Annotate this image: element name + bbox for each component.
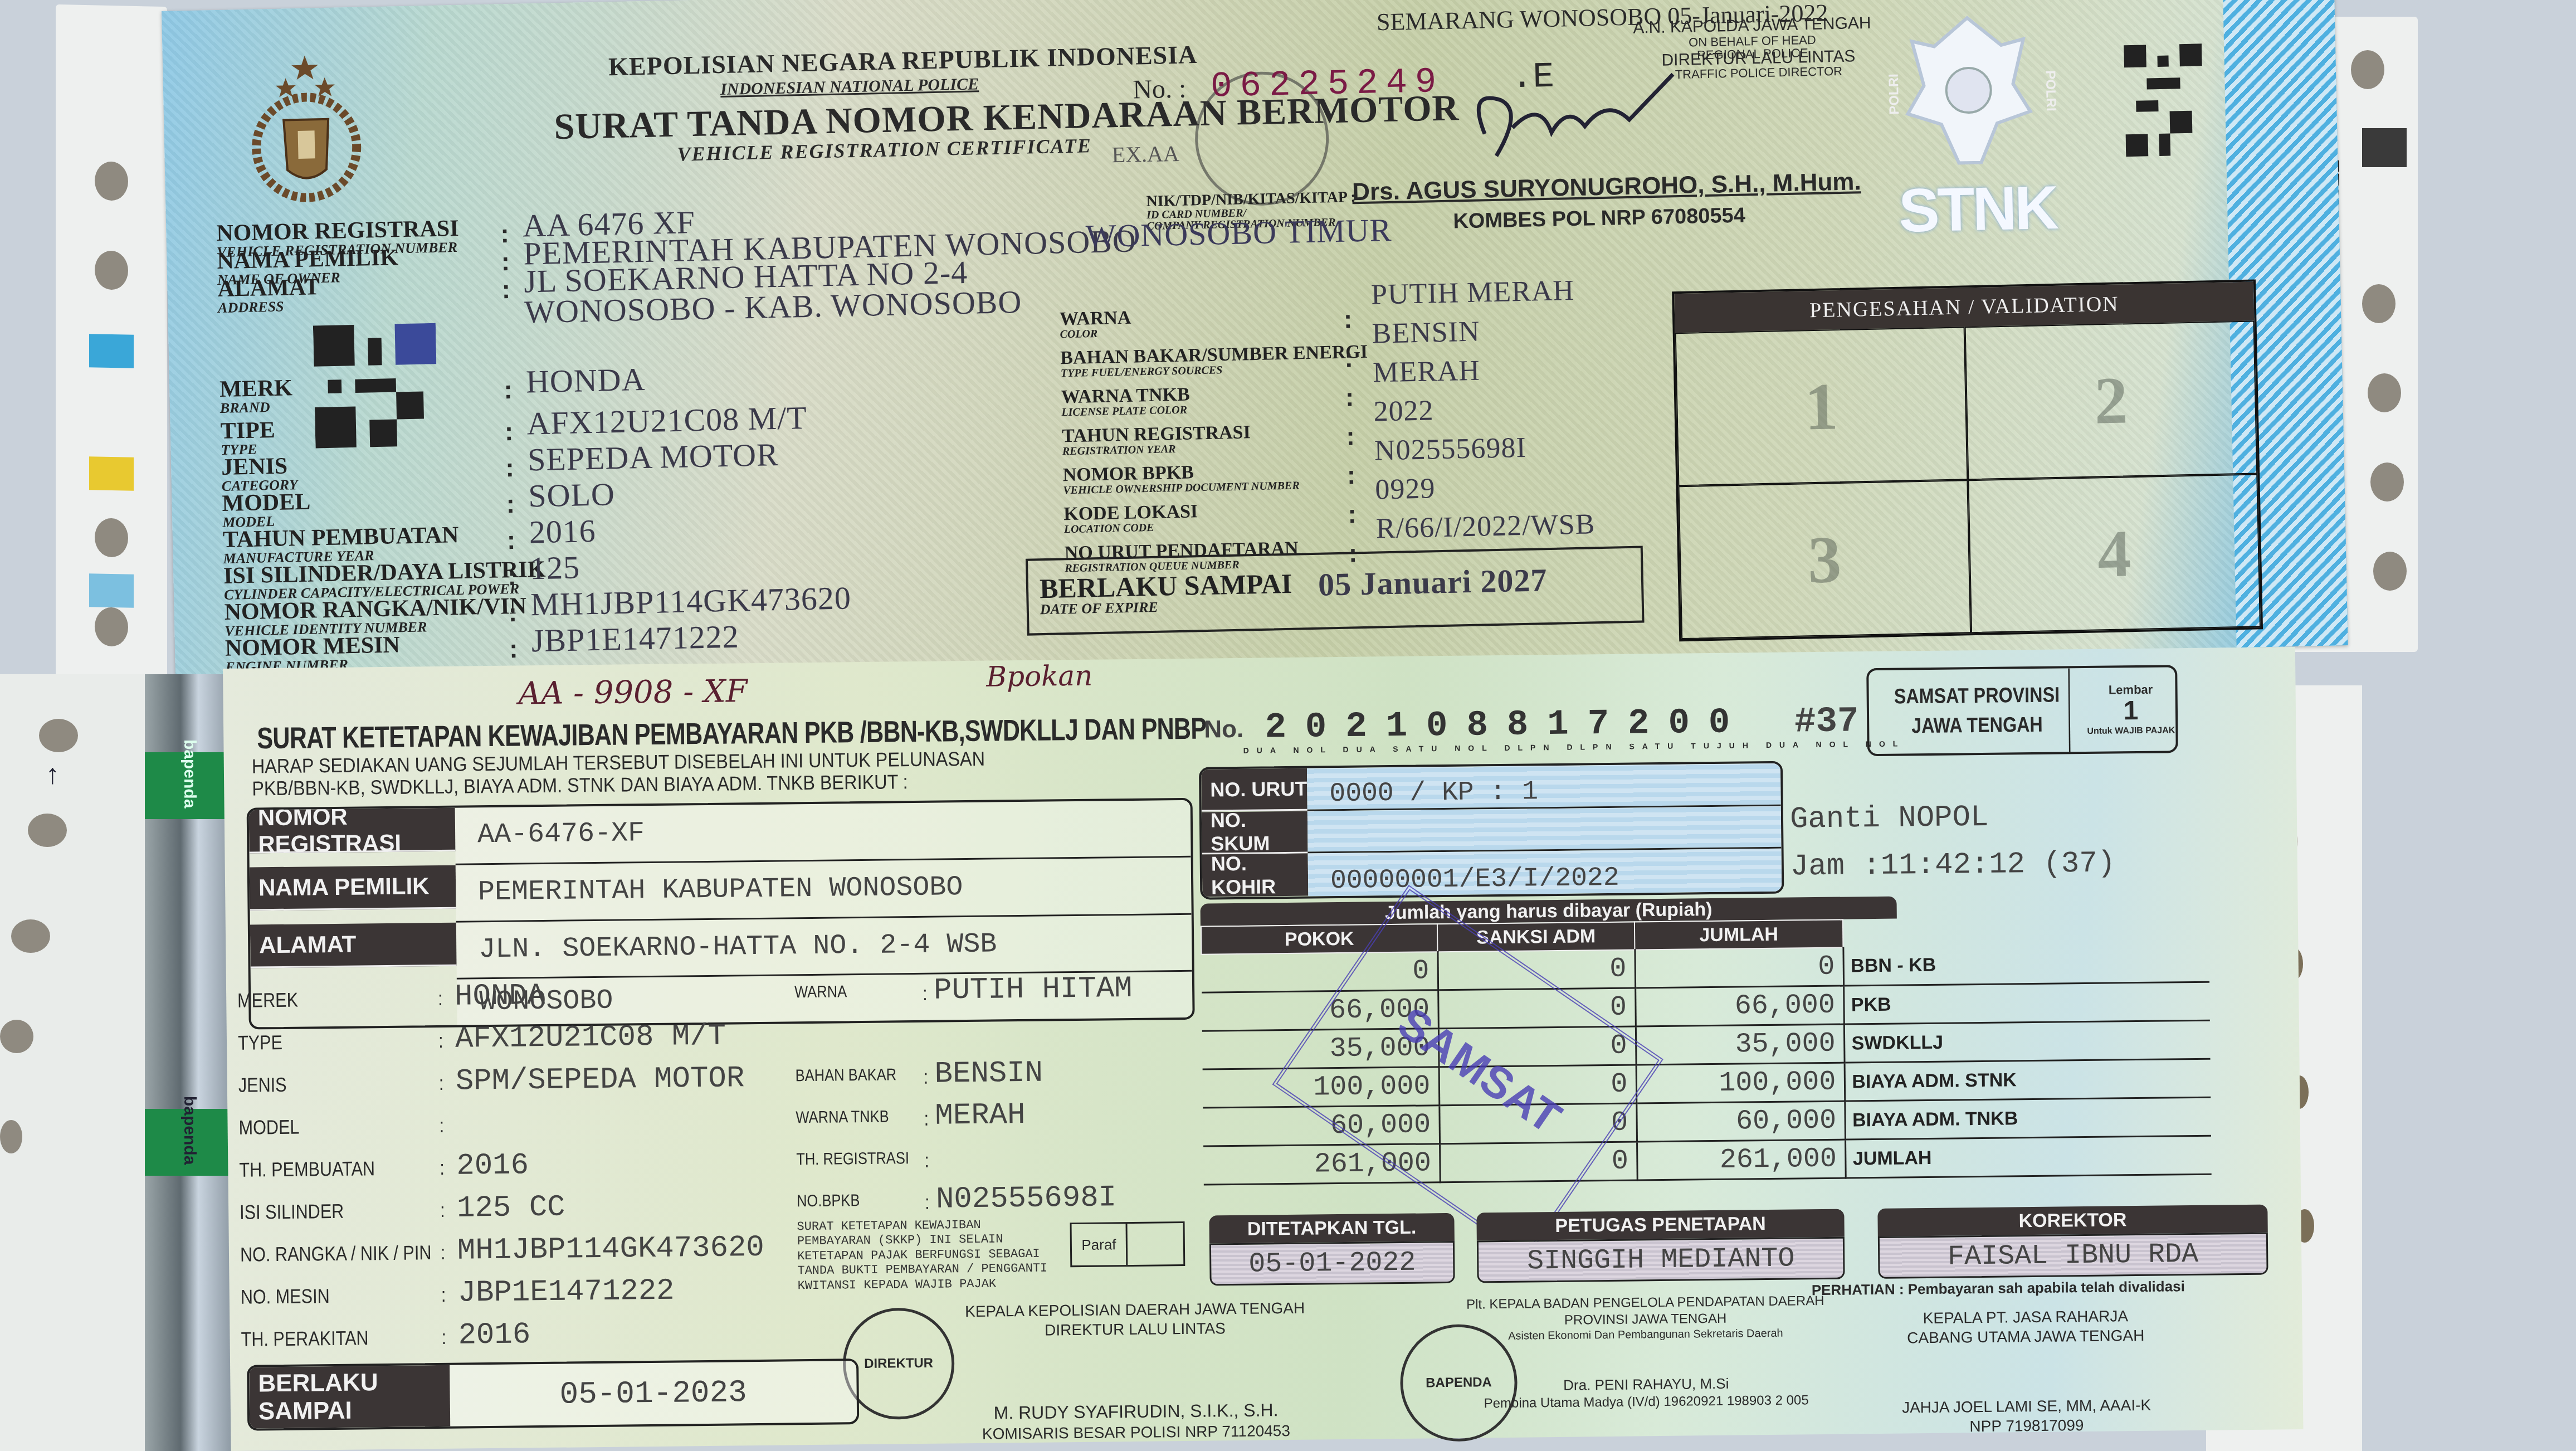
arrow-up-icon: ↑: [46, 758, 60, 790]
assessor-value: SINGGIH MEDIANTO: [1477, 1237, 1845, 1283]
vehicle-label: TH. REGISTRASI: [796, 1149, 909, 1169]
signer-name: Drs. AGUS SURYONUGROHO, S.H., M.Hum.: [1352, 168, 1861, 206]
signature-space: [1467, 1340, 1825, 1377]
payment-cell-jumlah: 100,000: [1636, 1063, 1845, 1103]
field-colon: :: [504, 374, 513, 405]
validation-cell-2: 2: [1965, 320, 2258, 480]
jr-sign-line2: CABANG UTAMA JAWA TENGAH: [1901, 1326, 2150, 1348]
stnk-field-value: N02555698I: [1374, 431, 1526, 468]
field-label-sub: ADDRESS: [218, 299, 320, 315]
qr-code-icon: [313, 318, 438, 454]
vehicle-label: BAHAN BAKAR: [796, 1065, 897, 1085]
stnk-field-value: PUTIH MERAH: [1371, 274, 1575, 311]
vehicle-label: WARNA TNKB: [796, 1108, 889, 1128]
field-label-text: TAHUN REGISTRASI: [1062, 422, 1251, 446]
validity-box: BERLAKU SAMPAI 05-01-2023: [247, 1359, 859, 1430]
stnk-field-value: 2016: [529, 512, 596, 551]
field-colon: :: [440, 1199, 445, 1222]
field-colon: :: [924, 1149, 929, 1172]
field-label-text: TIPE: [220, 417, 275, 444]
vehicle-value: PUTIH HITAM: [934, 972, 1133, 1008]
vehicle-value: SPM/SEPEDA MOTOR: [455, 1062, 744, 1098]
polri-text-right: POLRI: [2042, 70, 2059, 111]
ref-label-kohir: NO. KOHIR: [1202, 854, 1309, 897]
stnk-field-value: 0929: [1375, 472, 1436, 506]
field-colon: :: [1345, 382, 1354, 412]
validation-cell-1: 1: [1675, 327, 1968, 486]
field-colon: :: [501, 274, 510, 304]
foil-text: bapenda: [180, 1096, 199, 1185]
sheet-label: Lembar: [2109, 683, 2153, 697]
police-emblem-icon: [241, 51, 372, 204]
skpd-title: SURAT KETETAPAN KEWAJIBAN PEMBAYARAN PKB…: [257, 712, 1207, 756]
jr-sign-line1: KEPALA PT. JASA RAHARJA: [1901, 1306, 2150, 1328]
issuer-name-en: INDONESIAN NATIONAL POLICE: [720, 75, 979, 99]
stnk-field-value: SEPEDA MOTOR: [527, 436, 779, 478]
field-label-sub: LICENSE PLATE COLOR: [1061, 404, 1190, 418]
perforation-hole: [0, 1020, 33, 1053]
signature-space: [965, 1337, 1306, 1402]
perforation-hole: [2368, 373, 2401, 412]
corrector-value: FAISAL IBNU RDA: [1878, 1233, 2268, 1279]
stnk-logo-text: STNK: [1898, 172, 2057, 246]
stnk-field-value: JBP1E1471222: [531, 618, 739, 660]
field-label-sub: COLOR: [1060, 328, 1131, 340]
stnk-field-value: MERAH: [1372, 354, 1480, 389]
diamond-mark: [2362, 128, 2407, 167]
field-colon: :: [1348, 499, 1357, 529]
payment-cell-item: JUMLAH: [1845, 1136, 2212, 1178]
handwritten-note: Bpokan: [986, 660, 1093, 693]
field-label-text: MERK: [219, 375, 293, 402]
bapenda-signature-block: Plt. KEPALA BADAN PENGELOLA PENDAPATAN D…: [1466, 1293, 1826, 1412]
expiry-label-text: BERLAKU SAMPAI: [1039, 568, 1292, 604]
payment-cell-item: BBN - KB: [1843, 944, 2209, 986]
vehicle-value: 2016: [456, 1148, 529, 1183]
police-sign-rank: KOMISARIS BESAR POLISI NRP 71120453: [966, 1421, 1306, 1444]
field-colon: :: [508, 597, 517, 627]
color-mark-yellow: [89, 456, 134, 491]
bapenda-sign-rank: Pembina Utama Madya (IV/d) 19620921 1989…: [1467, 1391, 1826, 1412]
validation-cell-3: 3: [1678, 480, 1971, 639]
field-colon: :: [1346, 421, 1355, 451]
owner-value-address: JLN. SOEKARNO-HATTA NO. 2-4 WSB: [456, 914, 1192, 980]
stnk-field-value: 125: [529, 548, 580, 587]
initials-field: [1128, 1223, 1184, 1265]
owner-value-name: PEMERINTAH KABUPATEN WONOSOBO: [456, 858, 1192, 923]
vehicle-label: WARNA: [794, 982, 847, 1002]
payment-cell-item: SWDKLLJ: [1844, 1020, 2211, 1063]
samsat-stamp-text: SAMSAT: [1389, 997, 1570, 1143]
validation-box: PENGESAHAN / VALIDATION 1 2 3 4: [1672, 279, 2263, 641]
vehicle-value: HONDA: [455, 979, 545, 1014]
stnk-field-value: SOLO: [528, 475, 616, 514]
perforation-hole: [95, 607, 128, 646]
corrector-label: KOREKTOR: [1877, 1205, 2267, 1236]
owner-label-registration: NOMOR REGISTRASI: [249, 808, 456, 854]
field-colon: :: [506, 489, 515, 519]
col-header-item: [1843, 916, 2209, 948]
perforation-hole: [28, 814, 67, 847]
stnk-field-label: WARNA TNKBLICENSE PLATE COLOR: [1061, 386, 1191, 418]
field-colon: :: [438, 1029, 443, 1053]
perforation-hole: [95, 161, 128, 201]
qr-code-icon: [2124, 41, 2204, 159]
validation-cell-4: 4: [1968, 474, 2261, 633]
field-colon: :: [501, 246, 510, 276]
field-colon: :: [441, 1326, 446, 1349]
jr-sign-name: JAHJA JOEL LAMI SE, MM, AAAI-K: [1902, 1395, 2151, 1418]
vehicle-label: NO. RANGKA / NIK / PIN: [240, 1241, 432, 1267]
field-label-sub: REGISTRATION YEAR: [1062, 442, 1251, 457]
payment-cell-item: PKB: [1843, 982, 2210, 1024]
vehicle-value: 125 CC: [457, 1191, 565, 1226]
police-signature-block: KEPALA KEPOLISIAN DAERAH JAWA TENGAH DIR…: [965, 1298, 1306, 1444]
payment-cell-jumlah: 66,000: [1635, 986, 1844, 1026]
field-label-text: MODEL: [222, 489, 311, 517]
field-colon: :: [441, 1283, 446, 1307]
counter-code: #37: [1794, 702, 1859, 742]
ref-label-skum: NO. SKUM: [1202, 811, 1308, 854]
color-mark-lightblue: [89, 573, 134, 608]
foil-badge: bapenda: [145, 752, 234, 819]
stnk-field-value: MH1JBP114GK473620: [530, 579, 852, 623]
field-label-sub: LOCATION CODE: [1064, 521, 1198, 535]
samsat-name: SAMSAT PROVINSI JAWA TENGAH: [1885, 668, 2070, 753]
vehicle-label: TH. PEMBUATAN: [239, 1157, 375, 1182]
field-colon: :: [1346, 460, 1355, 490]
stnk-field-label: WARNACOLOR: [1060, 309, 1132, 340]
ref-value-kohir: 00000001/E3/I/2022: [1308, 849, 1782, 897]
stnk-field-label: MODELMODEL: [222, 490, 311, 530]
perforation-hole: [95, 518, 128, 557]
field-label-sub: BRAND: [220, 400, 293, 416]
stnk-field-value: R/66/I/2022/WSB: [1375, 508, 1596, 545]
field-colon: :: [500, 218, 509, 249]
certificate-number-label: No. :: [1133, 74, 1187, 105]
police-sign-name: M. RUDY SYAFIRUDIN, S.I.K., S.H.: [966, 1399, 1306, 1424]
vehicle-label: ISI SILINDER: [240, 1200, 344, 1224]
assessor-label: PETUGAS PENETAPAN: [1476, 1209, 1844, 1241]
transaction-time: Jam :11:42:12 (37): [1790, 846, 2116, 884]
perforation-hole: [2370, 462, 2404, 501]
samsat-box: SAMSAT PROVINSI JAWA TENGAH Lembar 1 Unt…: [1866, 665, 2178, 756]
col-header-jumlah: JUMLAH: [1635, 920, 1843, 950]
expiry-date: 05 Januari 2027: [1318, 561, 1548, 603]
issuer-name: KEPOLISIAN NEGARA REPUBLIK INDONESIA: [608, 40, 1198, 81]
sheet-number: 1: [2123, 697, 2138, 726]
owner-label-name: NAMA PEMILIK: [250, 865, 456, 910]
police-stamp: DIREKTUR: [842, 1307, 955, 1420]
field-colon: :: [440, 1156, 445, 1180]
vehicle-label: MODEL: [238, 1116, 299, 1140]
ref-value-urut: 0000 / KP : 1: [1307, 763, 1781, 811]
stnk-field-value: HONDA: [525, 361, 646, 400]
stnk-certificate: KEPOLISIAN NEGARA REPUBLIK INDONESIA IND…: [162, 0, 2348, 691]
assessment-date-value: 05-01-2022: [1209, 1241, 1455, 1286]
perforation-hole: [39, 719, 78, 752]
certificate-number: 06225249: [1211, 62, 1445, 108]
payment-cell-jumlah: 0: [1635, 948, 1843, 988]
vehicle-value: BENSIN: [934, 1056, 1043, 1092]
vehicle-label: TH. PERAKITAN: [241, 1326, 368, 1351]
foil-text: bapenda: [180, 739, 199, 829]
signature-icon: [1461, 62, 1697, 173]
perforation-hole: [2351, 50, 2384, 89]
hologram-foil-strip: bapenda bapenda: [145, 674, 234, 1451]
sheet-for: Untuk WAJIB PAJAK: [2087, 725, 2175, 736]
police-badge-icon: [1889, 11, 2048, 181]
validation-grid: 1 2 3 4: [1675, 320, 2261, 639]
field-colon: :: [925, 1191, 930, 1214]
field-colon: :: [438, 987, 443, 1010]
field-colon: :: [508, 561, 516, 591]
owner-label-address: ALAMAT: [250, 922, 457, 968]
ref-label-urut: NO. URUT: [1201, 768, 1307, 812]
vehicle-value: MH1JBP114GK473620: [457, 1231, 764, 1268]
ref-value-skum: [1307, 806, 1782, 854]
vehicle-value: AFX12U21C08 M/T: [455, 1020, 726, 1056]
assessor-box: PETUGAS PENETAPAN SINGGIH MEDIANTO: [1476, 1209, 1845, 1280]
vehicle-value: 2016: [458, 1318, 530, 1352]
assessment-date-box: DITETAPKAN TGL. 05-01-2022: [1209, 1213, 1455, 1283]
perforation-hole: [0, 1120, 22, 1153]
id-field-value: WONOSOBO TIMUR: [1085, 211, 1392, 255]
stnk-field-label: TIPETYPE: [220, 418, 275, 457]
validity-date: 05-01-2023: [450, 1361, 857, 1426]
expiry-label: BERLAKU SAMPAI DATE OF EXPIRE: [1040, 569, 1293, 617]
polri-text-left: POLRI: [1886, 74, 1903, 115]
stnk-field-label: NOMOR BPKBVEHICLE OWNERSHIP DOCUMENT NUM…: [1062, 461, 1299, 496]
perforation-hole: [11, 919, 50, 953]
stnk-field-label: JENISCATEGORY: [221, 454, 298, 494]
vehicle-value: JBP1E1471222: [457, 1274, 674, 1311]
stnk-left-fields: NOMOR REGISTRASIVEHICLE REGISTRATION NUM…: [162, 0, 2334, 11]
field-colon: :: [1344, 343, 1353, 373]
payment-notice: PERHATIAN : Pembayaran sah apabila telah…: [1812, 1278, 2185, 1299]
field-colon: :: [439, 1072, 444, 1095]
field-colon: :: [505, 452, 514, 483]
vehicle-label: NO.BPKB: [797, 1191, 860, 1211]
sheet-info: Lembar 1 Untuk WAJIB PAJAK: [2086, 667, 2176, 752]
vehicle-label: JENIS: [238, 1073, 287, 1097]
corrector-box: KOREKTOR FAISAL IBNU RDA: [1877, 1205, 2268, 1275]
handwritten-plate-note: AA - 9908 - XF: [518, 673, 748, 712]
payment-cell-jumlah: 35,000: [1636, 1024, 1845, 1065]
owner-value-registration: AA-6476-XF: [455, 800, 1191, 865]
field-colon: :: [504, 416, 513, 446]
stnk-field-value: 2022: [1373, 394, 1434, 428]
signature-space: [1901, 1345, 2151, 1398]
validity-label: BERLAKU SAMPAI: [249, 1365, 450, 1429]
perforation-hole: [95, 250, 128, 290]
payment-cell-jumlah: 261,000: [1637, 1140, 1846, 1180]
perforation-hole: [2373, 552, 2407, 591]
vehicle-value: MERAH: [935, 1098, 1026, 1133]
stnk-field-label: TAHUN REGISTRASIREGISTRATION YEAR: [1062, 423, 1251, 457]
stnk-field-label: ALAMATADDRESS: [217, 275, 320, 315]
skpd-disclaimer: SURAT KETETAPAN KEWAJIBAN PEMBAYARAN (SK…: [797, 1217, 1059, 1293]
skpd-number-label: No.: [1204, 715, 1243, 743]
stnk-field-label: MERKBRAND: [219, 376, 293, 416]
vehicle-label: MEREK: [237, 989, 298, 1012]
field-label-text: JENIS: [221, 453, 288, 480]
field-colon: :: [441, 1241, 446, 1264]
expiry-box: BERLAKU SAMPAI DATE OF EXPIRE 05 Januari…: [1026, 546, 1645, 636]
stnk-field-label: KODE LOKASILOCATION CODE: [1063, 502, 1198, 535]
payment-cell-item: BIAYA ADM. STNK: [1845, 1059, 2211, 1101]
stnk-field-value: BENSIN: [1372, 315, 1480, 350]
signer-rank: KOMBES POL NRP 67080554: [1453, 204, 1745, 234]
stnk-hologram-logo: STNK POLRI POLRI: [1889, 11, 2050, 248]
stnk-right-fields: WARNACOLOR:PUTIH MERAHBAHAN BAKAR/SUMBER…: [162, 0, 2334, 11]
field-colon: :: [924, 1107, 929, 1131]
field-colon: :: [924, 1065, 929, 1089]
field-label-text: WARNA: [1060, 308, 1131, 330]
ex-plate-mark: EX.AA: [1111, 140, 1179, 168]
stnk-perforated-strip-left: [56, 4, 167, 681]
jasaraharja-signature-block: KEPALA PT. JASA RAHARJA CABANG UTAMA JAW…: [1901, 1306, 2151, 1437]
payment-cell-jumlah: 60,000: [1636, 1101, 1845, 1142]
vehicle-value: N02555698I: [936, 1181, 1117, 1216]
color-mark-blue: [89, 334, 134, 368]
field-colon: :: [1343, 304, 1352, 334]
vehicle-label: TYPE: [238, 1031, 282, 1055]
stnk-field-label: BAHAN BAKAR/SUMBER ENERGITYPE FUEL/ENERG…: [1060, 343, 1368, 379]
jr-sign-rank: NPP 719817099: [1902, 1415, 2151, 1437]
foil-badge: bapenda: [145, 1109, 234, 1176]
field-colon: :: [439, 1114, 444, 1137]
police-sign-line1: KEPALA KEPOLISIAN DAERAH JAWA TENGAH: [965, 1298, 1305, 1321]
initials-box: Paraf: [1070, 1221, 1185, 1267]
field-colon: :: [509, 634, 518, 664]
field-colon: :: [506, 525, 515, 555]
assessment-date-label: DITETAPKAN TGL.: [1209, 1213, 1454, 1244]
payment-cell-item: BIAYA ADM. TNKB: [1845, 1097, 2211, 1140]
initials-label: Paraf: [1072, 1224, 1128, 1265]
vehicle-label: NO. MESIN: [241, 1284, 330, 1309]
field-colon: :: [923, 982, 928, 1005]
stnk-field-label: NOMOR RANGKA/NIK/VINVEHICLE IDENTITY NUM…: [224, 595, 527, 639]
field-label-text: KODE LOKASI: [1063, 501, 1198, 524]
perforation-hole: [2362, 284, 2396, 323]
field-label-text: ALAMAT: [217, 274, 320, 302]
skpd-assessment-slip: AA - 9908 - XF Bpokan SURAT KETETAPAN KE…: [223, 647, 2303, 1451]
transaction-note: Ganti NOPOL: [1790, 801, 1989, 837]
reference-box: NO. URUT 0000 / KP : 1 NO. SKUM NO. KOHI…: [1199, 761, 1784, 900]
